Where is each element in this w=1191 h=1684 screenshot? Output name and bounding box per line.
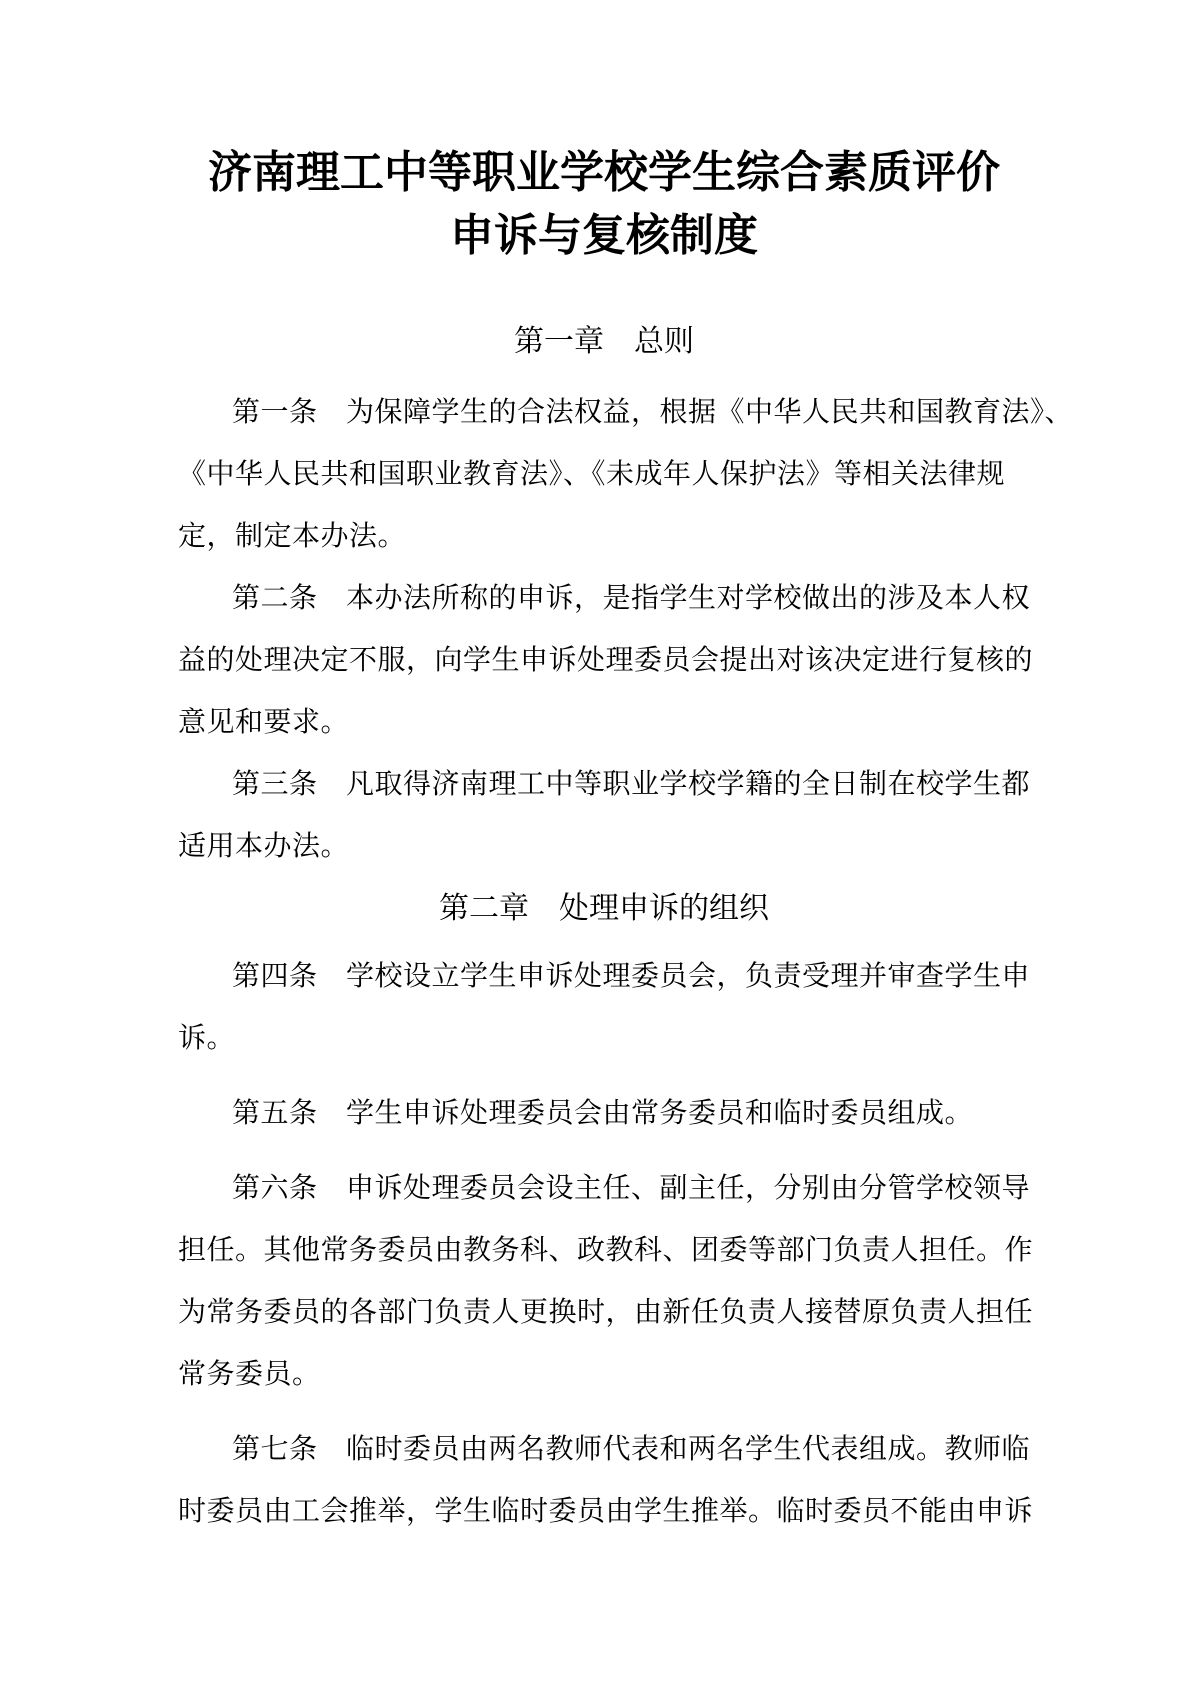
text-line: 第四条 学校设立学生申诉处理委员会，负责受理并审查学生申 (178, 946, 1030, 1008)
article-2: 第二条 本办法所称的申诉，是指学生对学校做出的涉及本人权 益的处理决定不服，向学… (178, 568, 1030, 754)
article-1: 第一条 为保障学生的合法权益，根据《中华人民共和国教育法》、 《中华人民共和国职… (178, 382, 1030, 568)
title-line-1: 济南理工中等职业学校学生综合素质评价 (178, 141, 1030, 204)
text-line: 担任。其他常务委员由教务科、政教科、团委等部门负责人担任。作 (178, 1220, 1030, 1282)
text-line: 第五条 学生申诉处理委员会由常务委员和临时委员组成。 (178, 1083, 1030, 1145)
text-line: 《中华人民共和国职业教育法》、《未成年人保护法》等相关法律规 (178, 444, 1030, 506)
text-line: 第三条 凡取得济南理工中等职业学校学籍的全日制在校学生都 (178, 754, 1030, 816)
document-page: 济南理工中等职业学校学生综合素质评价 申诉与复核制度 第一章 总则 第一条 为保… (0, 0, 1191, 1684)
chapter-1: 第一章 总则 第一条 为保障学生的合法权益，根据《中华人民共和国教育法》、 《中… (178, 311, 1030, 878)
text-line: 时委员由工会推举，学生临时委员由学生推举。临时委员不能由申诉 (178, 1481, 1030, 1543)
text-line: 为常务委员的各部门负责人更换时，由新任负责人接替原负责人担任 (178, 1282, 1030, 1344)
text-line: 定，制定本办法。 (178, 506, 1030, 568)
document-title: 济南理工中等职业学校学生综合素质评价 申诉与复核制度 (178, 141, 1030, 267)
article-6: 第六条 申诉处理委员会设主任、副主任，分别由分管学校领导 担任。其他常务委员由教… (178, 1158, 1030, 1406)
article-4: 第四条 学校设立学生申诉处理委员会，负责受理并审查学生申 诉。 (178, 946, 1030, 1070)
text-line: 适用本办法。 (178, 816, 1030, 878)
text-line: 第七条 临时委员由两名教师代表和两名学生代表组成。教师临 (178, 1419, 1030, 1481)
title-line-2: 申诉与复核制度 (178, 204, 1030, 267)
chapter-1-heading: 第一章 总则 (178, 311, 1030, 373)
text-line: 益的处理决定不服，向学生申诉处理委员会提出对该决定进行复核的 (178, 630, 1030, 692)
text-line: 第六条 申诉处理委员会设主任、副主任，分别由分管学校领导 (178, 1158, 1030, 1220)
text-line: 第二条 本办法所称的申诉，是指学生对学校做出的涉及本人权 (178, 568, 1030, 630)
article-3: 第三条 凡取得济南理工中等职业学校学籍的全日制在校学生都 适用本办法。 (178, 754, 1030, 878)
text-line: 诉。 (178, 1008, 1030, 1070)
text-line: 意见和要求。 (178, 692, 1030, 754)
text-line: 常务委员。 (178, 1344, 1030, 1406)
chapter-2: 第二章 处理申诉的组织 第四条 学校设立学生申诉处理委员会，负责受理并审查学生申… (178, 878, 1030, 1543)
text-line: 第一条 为保障学生的合法权益，根据《中华人民共和国教育法》、 (178, 382, 1030, 444)
article-5: 第五条 学生申诉处理委员会由常务委员和临时委员组成。 (178, 1083, 1030, 1145)
chapter-2-heading: 第二章 处理申诉的组织 (178, 878, 1030, 940)
article-7: 第七条 临时委员由两名教师代表和两名学生代表组成。教师临 时委员由工会推举，学生… (178, 1419, 1030, 1543)
